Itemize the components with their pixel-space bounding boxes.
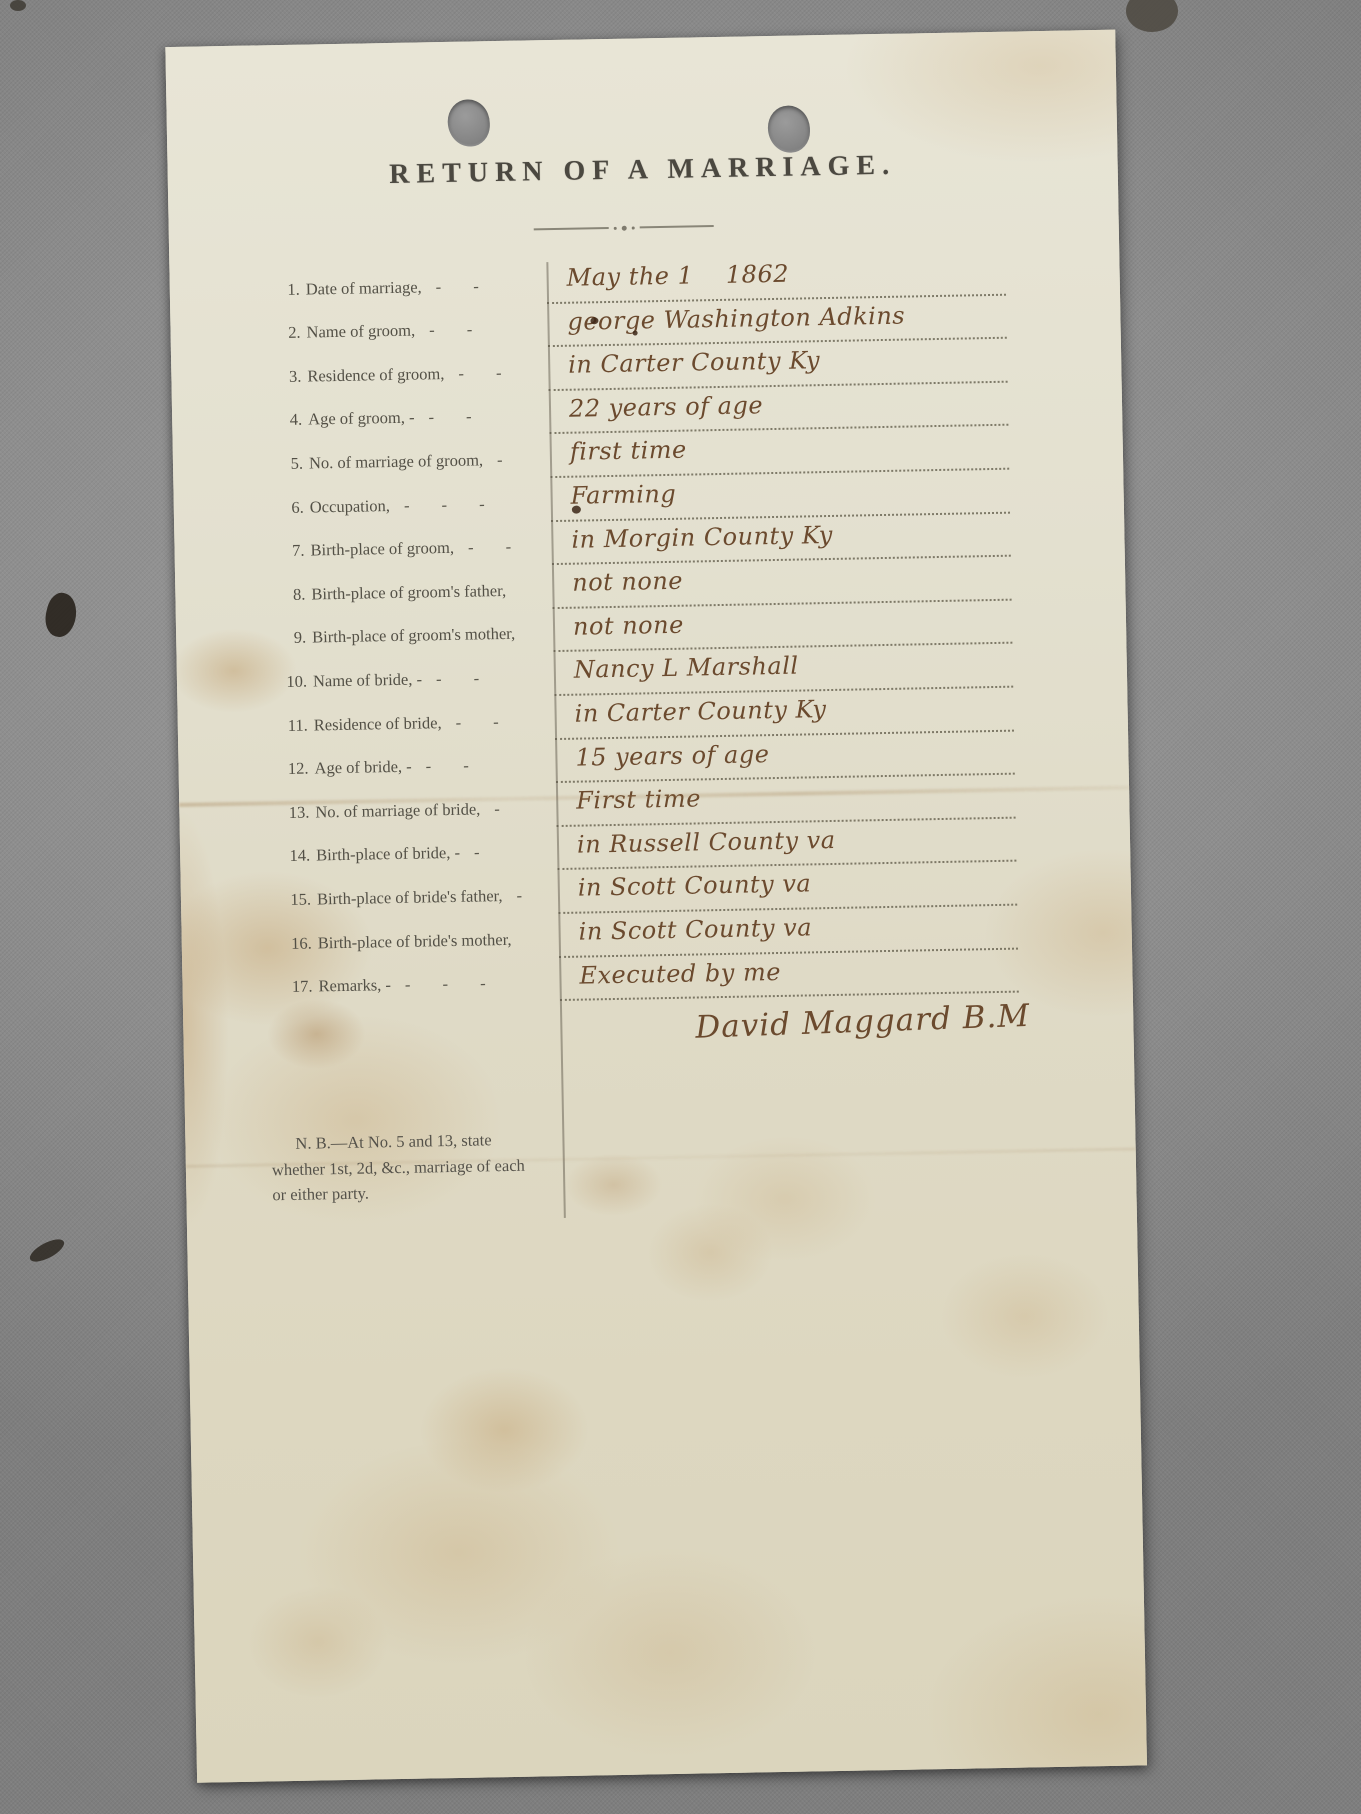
row-label: No. of marriage of groom,	[309, 450, 483, 473]
row-label: Residence of groom,	[307, 364, 444, 387]
title-divider-ornament	[534, 223, 714, 232]
row-label: Age of groom, -	[308, 408, 415, 430]
marriage-return-document: RETURN OF A MARRIAGE. 1. Date of marriag…	[165, 30, 1147, 1783]
punch-hole-right	[768, 105, 811, 153]
row-label: Birth-place of bride's mother,	[318, 929, 512, 953]
row-number: 4.	[272, 410, 308, 431]
row-number: 10.	[277, 671, 313, 692]
marriage-form: 1. Date of marriage, - - May the 1 1862 …	[269, 252, 1020, 1078]
row-number: 1.	[270, 279, 306, 300]
row-label: Age of bride, -	[314, 757, 411, 779]
row-label: Name of bride, -	[313, 669, 422, 691]
row-number: 5.	[273, 453, 309, 474]
officiant-signature: David Maggard B.M	[695, 988, 1296, 1045]
row-label: Remarks, -	[318, 975, 391, 996]
desk-debris-mark	[27, 1235, 68, 1266]
signature-row: David Maggard B.M	[283, 993, 1020, 1078]
row-dash-leaders: -	[474, 843, 481, 863]
row-number: 13.	[279, 802, 315, 823]
row-dash-leaders: - - -	[405, 973, 487, 994]
row-number: 8.	[275, 584, 311, 605]
row-dash-leaders: - -	[428, 407, 472, 428]
row-label: Birth-place of bride's father,	[317, 886, 503, 909]
row-number: 7.	[274, 541, 310, 562]
desk-debris-mark	[41, 590, 81, 640]
row-dash-leaders: -	[494, 799, 501, 819]
row-number: 17.	[282, 977, 318, 998]
row-number: 14.	[280, 846, 316, 867]
row-label: Name of groom,	[306, 321, 415, 343]
row-dash-leaders: - -	[426, 756, 470, 777]
row-number: 6.	[274, 497, 310, 518]
row-number: 11.	[278, 715, 314, 736]
row-number: 9.	[276, 628, 312, 649]
nota-bene-note: N. B.—At No. 5 and 13, state whether 1st…	[271, 1126, 568, 1208]
row-number: 15.	[281, 889, 317, 910]
note-line: or either party.	[272, 1177, 568, 1208]
form-rows: 1. Date of marriage, - - May the 1 1862 …	[269, 252, 1018, 1006]
punch-hole-left	[447, 99, 490, 147]
row-label: Birth-place of groom's mother,	[312, 624, 515, 648]
row-dash-leaders: - -	[458, 363, 502, 384]
desk-shadow-blob	[1126, 0, 1178, 32]
row-label: Birth-place of groom,	[310, 538, 454, 561]
row-number: 3.	[271, 366, 307, 387]
row-label: Residence of bride,	[314, 713, 442, 735]
row-number: 16.	[282, 933, 318, 954]
row-dash-leaders: - - -	[404, 494, 486, 515]
document-title: RETURN OF A MARRIAGE.	[167, 146, 1117, 195]
ink-blot	[633, 330, 638, 335]
photo-background: { "photo": { "desk_color": "#8f8f8f", "p…	[0, 0, 1361, 1814]
row-label: Occupation,	[310, 496, 391, 517]
row-label: Date of marriage,	[306, 277, 422, 299]
row-label: Birth-place of bride, -	[316, 843, 460, 866]
row-dash-leaders: -	[516, 886, 523, 906]
desk-debris-mark	[10, 0, 26, 11]
row-dash-leaders: - -	[468, 537, 512, 558]
row-dash-leaders: - -	[436, 668, 480, 689]
row-dash-leaders: - -	[429, 320, 473, 341]
row-number: 12.	[278, 759, 314, 780]
ink-blot	[572, 506, 581, 514]
row-label: Birth-place of groom's father,	[311, 581, 506, 605]
row-dash-leaders: - -	[435, 276, 479, 297]
row-number: 2.	[270, 323, 306, 344]
row-dash-leaders: -	[497, 450, 504, 470]
row-dash-leaders: - -	[455, 712, 499, 733]
